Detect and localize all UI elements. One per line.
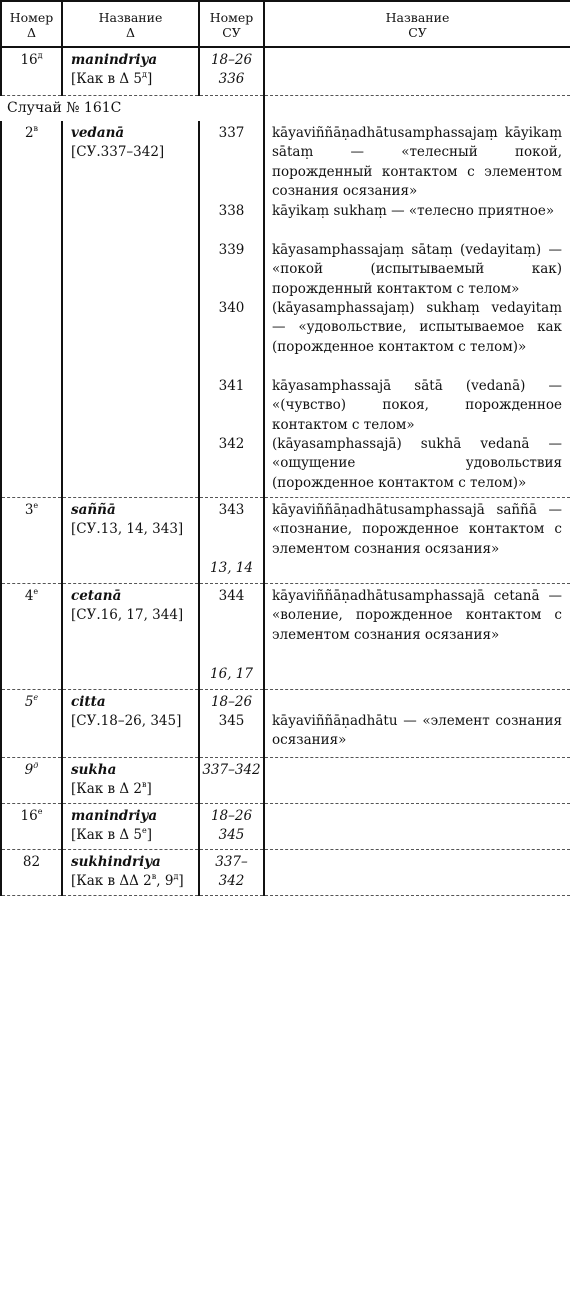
header-name-su: Название СУ	[264, 1, 570, 47]
header-name-delta: Название Δ	[62, 1, 199, 47]
delta-number: 16е	[1, 803, 62, 849]
header-number-su: Номер СУ	[199, 1, 264, 47]
delta-name: sukha [Как в Δ 2в]	[62, 757, 199, 803]
su-name-list: kāyaviññāṇadhātusamphassajaṃ kāyikaṃ sāt…	[264, 121, 570, 498]
document-page: Номер Δ Название Δ Номер СУ Название СУ …	[0, 0, 570, 896]
delta-number: 16д	[1, 47, 62, 95]
su-number: 337– 342	[199, 849, 264, 895]
su-number-list: 337 338 339 340 341 342	[199, 121, 264, 498]
su-number: 18–26 345	[199, 689, 264, 757]
correspondence-table: Номер Δ Название Δ Номер СУ Название СУ …	[0, 0, 570, 896]
delta-number: 3е	[1, 497, 62, 583]
su-number: 343 13, 14	[199, 497, 264, 583]
table-row: 82 sukhindriya [Как в ΔΔ 2в, 9д] 337– 34…	[1, 849, 570, 895]
table-row: 9д sukha [Как в Δ 2в] 337–342	[1, 757, 570, 803]
delta-name: vedanā [СУ.337–342]	[62, 121, 199, 498]
delta-name: saññā [СУ.13, 14, 343]	[62, 497, 199, 583]
su-name: kāyaviññāṇadhātusamphassajā saññā — «поз…	[264, 497, 570, 583]
su-number: 337–342	[199, 757, 264, 803]
table-row: 2в vedanā [СУ.337–342] 337 338 339 340 3…	[1, 121, 570, 498]
delta-number: 5е	[1, 689, 62, 757]
su-name	[264, 803, 570, 849]
table-row: 4е cetanā [СУ.16, 17, 344] 344 16, 17 kā…	[1, 583, 570, 689]
header-number-delta: Номер Δ	[1, 1, 62, 47]
delta-name: manindriya [Как в Δ 5д]	[62, 47, 199, 95]
delta-number: 9д	[1, 757, 62, 803]
table-row: 5е citta [СУ.18–26, 345] 18–26 345 kāyav…	[1, 689, 570, 757]
su-number: 344 16, 17	[199, 583, 264, 689]
delta-name: citta [СУ.18–26, 345]	[62, 689, 199, 757]
table-header-row: Номер Δ Название Δ Номер СУ Название СУ	[1, 1, 570, 47]
case-header-row: Случай № 161С	[1, 95, 570, 121]
su-name	[264, 849, 570, 895]
su-name: kāyaviññāṇadhātu — «элемент сознания ося…	[264, 689, 570, 757]
table-row: 16д manindriya [Как в Δ 5д] 18–26 336	[1, 47, 570, 95]
delta-name: sukhindriya [Как в ΔΔ 2в, 9д]	[62, 849, 199, 895]
su-name	[264, 757, 570, 803]
case-label: Случай № 161С	[1, 95, 264, 121]
delta-number: 2в	[1, 121, 62, 498]
delta-name: manindriya [Как в Δ 5е]	[62, 803, 199, 849]
su-name: kāyaviññāṇadhātusamphassajā cetanā — «во…	[264, 583, 570, 689]
table-row: 16е manindriya [Как в Δ 5е] 18–26 345	[1, 803, 570, 849]
table-row: 3е saññā [СУ.13, 14, 343] 343 13, 14 kāy…	[1, 497, 570, 583]
su-name	[264, 47, 570, 95]
su-number: 18–26 345	[199, 803, 264, 849]
delta-name: cetanā [СУ.16, 17, 344]	[62, 583, 199, 689]
su-number: 18–26 336	[199, 47, 264, 95]
delta-number: 4е	[1, 583, 62, 689]
delta-number: 82	[1, 849, 62, 895]
